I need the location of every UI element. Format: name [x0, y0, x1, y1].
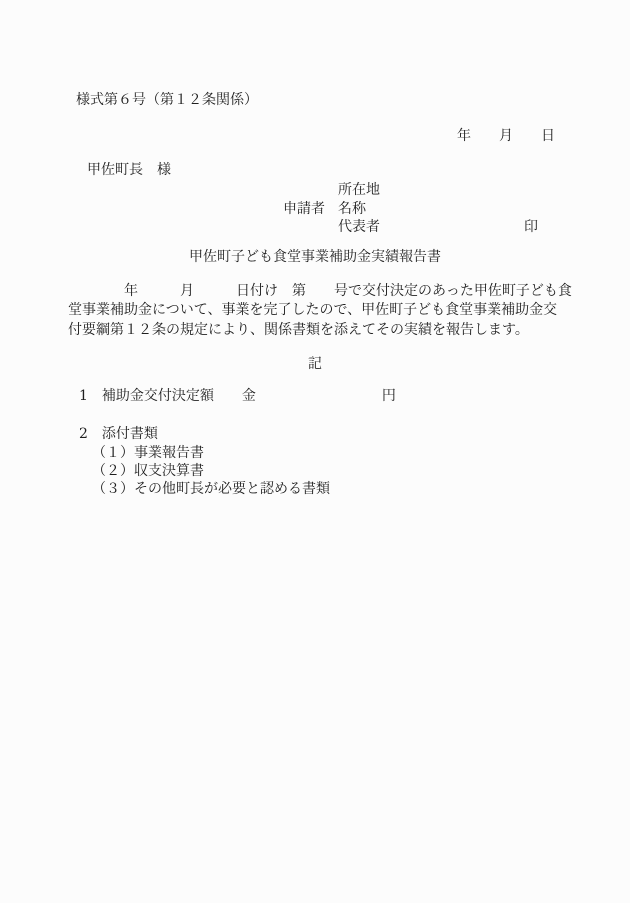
seal-mark: 印	[524, 220, 538, 235]
body-line-1: 年 月 日付け 第 号で交付決定のあった甲佐町子ども食	[68, 284, 572, 299]
addressee: 甲佐町長 様	[87, 163, 171, 178]
attachment-item-1: （１）事業報告書	[92, 446, 204, 461]
date-line: 年 月 日	[457, 129, 555, 144]
applicant-address-label: 所在地	[338, 183, 380, 198]
representative-label: 代表者	[338, 220, 380, 235]
document-title: 甲佐町子ども食堂事業補助金実績報告書	[0, 250, 630, 265]
applicant-name-label: 名称	[338, 202, 366, 217]
record-marker: 記	[0, 357, 630, 372]
form-number: 様式第６号（第１２条関係）	[76, 93, 258, 108]
item-attachments: 2 添付書類	[79, 427, 158, 442]
document-page: 様式第６号（第１２条関係） 年 月 日 甲佐町長 様 所在地 申請者 名称 代表…	[0, 0, 630, 903]
applicant-label: 申請者	[283, 202, 325, 217]
body-line-3: 付要綱第１２条の規定により、関係書類を添えてその実績を報告します。	[68, 323, 529, 338]
body-line-2: 堂事業補助金について、事業を完了したので、甲佐町子ども食堂事業補助金交	[68, 303, 557, 318]
attachment-item-2: （２）収支決算書	[92, 464, 204, 479]
item-grant-amount: 1 補助金交付決定額 金 円	[79, 389, 396, 404]
attachment-item-3: （３）その他町長が必要と認める書類	[92, 482, 330, 497]
